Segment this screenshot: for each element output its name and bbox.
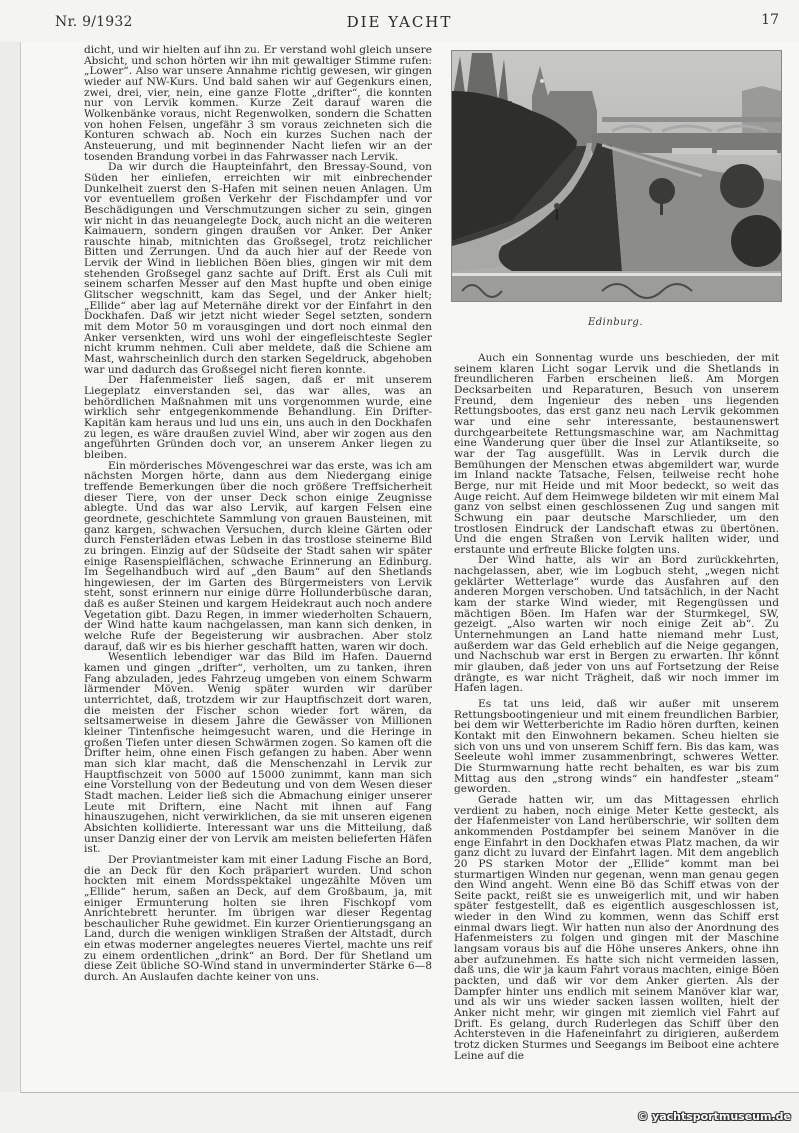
paragraph: dicht, und wir hielten auf ihn zu. Er ve… (84, 45, 432, 162)
page-number: 17 (761, 12, 779, 28)
paragraph: Ein mörderisches Mövengeschrei war das e… (84, 461, 432, 653)
paragraph: Der Proviantmeister kam mit einer Ladung… (84, 855, 432, 983)
paragraph: Gerade hatten wir, um das Mittagessen eh… (454, 795, 779, 1061)
paragraph: Der Hafenmeister ließ sagen, daß er mit … (84, 375, 432, 460)
paragraph: Wesentlich lebendiger war das Bild im Ha… (84, 652, 432, 854)
right-column: Auch ein Sonnentag wurde uns beschieden,… (454, 353, 779, 1061)
paragraph: Auch ein Sonnentag wurde uns beschieden,… (454, 353, 779, 555)
left-column: dicht, und wir hielten auf ihn zu. Er ve… (84, 45, 432, 983)
paragraph: Da wir durch die Haupteinfahrt, den Bres… (84, 162, 432, 375)
paragraph: Es tat uns leid, daß wir außer mit unser… (454, 699, 779, 795)
paragraph: Der Wind hatte, als wir an Bord zurückke… (454, 555, 779, 694)
magazine-title: DIE YACHT (0, 13, 799, 31)
photo-caption: Edinburg. (451, 317, 780, 328)
page-edge (0, 42, 20, 1092)
edinburgh-photo (451, 50, 782, 302)
copyright-watermark: © yachtsportmuseum.de (637, 1110, 791, 1123)
photo-illustration (452, 51, 781, 301)
